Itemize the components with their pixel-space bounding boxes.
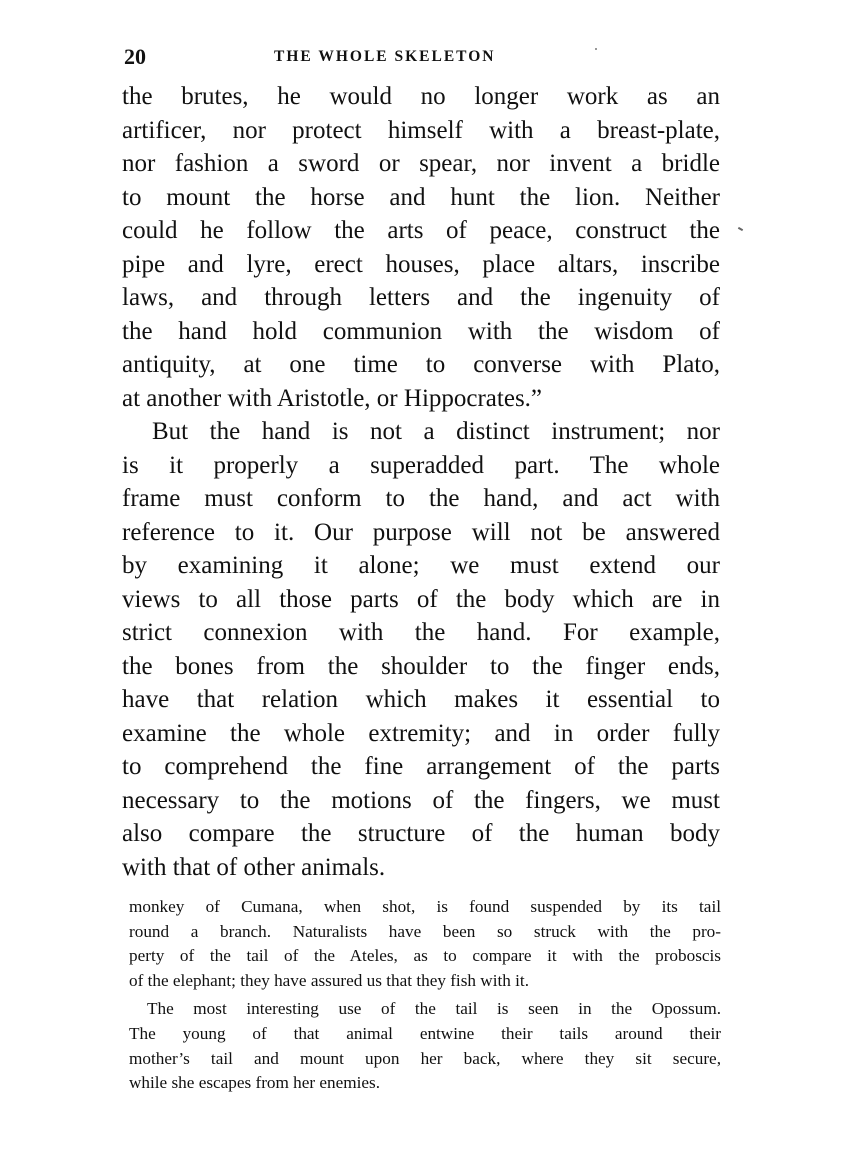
text-line: the hand hold communion with the wisdom … [122,315,720,349]
text-line: views to all those parts of the body whi… [122,583,720,617]
text-line: have that relation which makes it essent… [122,683,720,717]
text-line: antiquity, at one time to converse with … [122,348,720,382]
speck-mark [595,48,597,50]
text-line: also compare the structure of the human … [122,817,720,851]
text-line: to mount the horse and hunt the lion. Ne… [122,181,720,215]
text-line: is it properly a superadded part. The wh… [122,449,720,483]
text-line: the brutes, he would no longer work as a… [122,80,720,114]
footnote-line: mother’s tail and mount upon her back, w… [129,1047,721,1072]
text-line: the bones from the shoulder to the finge… [122,650,720,684]
text-line: necessary to the motions of the fingers,… [122,784,720,818]
footnote-line: while she escapes from her enemies. [129,1071,721,1096]
text-line: strict connexion with the hand. For exam… [122,616,720,650]
footnote-line: of the elephant; they have assured us th… [129,969,721,994]
main-text: the brutes, he would no longer work as a… [122,80,720,884]
text-line: at another with Aristotle, or Hippocrate… [122,382,720,416]
text-line: pipe and lyre, erect houses, place altar… [122,248,720,282]
footnote-line: perty of the tail of the Ateles, as to c… [129,944,721,969]
text-line: frame must conform to the hand, and act … [122,482,720,516]
text-line: with that of other animals. [122,851,720,885]
text-line: artificer, nor protect himself with a br… [122,114,720,148]
footnote-line: The young of that animal entwine their t… [129,1022,721,1047]
margin-mark [738,227,743,231]
page-number: 20 [124,44,146,70]
footnote-line: The most interesting use of the tail is … [129,997,721,1022]
footnote: monkey of Cumana, when shot, is found su… [129,895,721,1096]
text-line: reference to it. Our purpose will not be… [122,516,720,550]
text-line: nor fashion a sword or spear, nor invent… [122,147,720,181]
text-line: by examining it alone; we must extend ou… [122,549,720,583]
footnote-line: round a branch. Naturalists have been so… [129,920,721,945]
running-title: THE WHOLE SKELETON [274,48,496,66]
text-line: to comprehend the fine arrangement of th… [122,750,720,784]
text-line: But the hand is not a distinct instrumen… [122,415,720,449]
text-line: could he follow the arts of peace, const… [122,214,720,248]
text-line: examine the whole extremity; and in orde… [122,717,720,751]
footnote-line: monkey of Cumana, when shot, is found su… [129,895,721,920]
page-header: 20 THE WHOLE SKELETON [124,44,724,72]
text-line: laws, and through letters and the ingenu… [122,281,720,315]
